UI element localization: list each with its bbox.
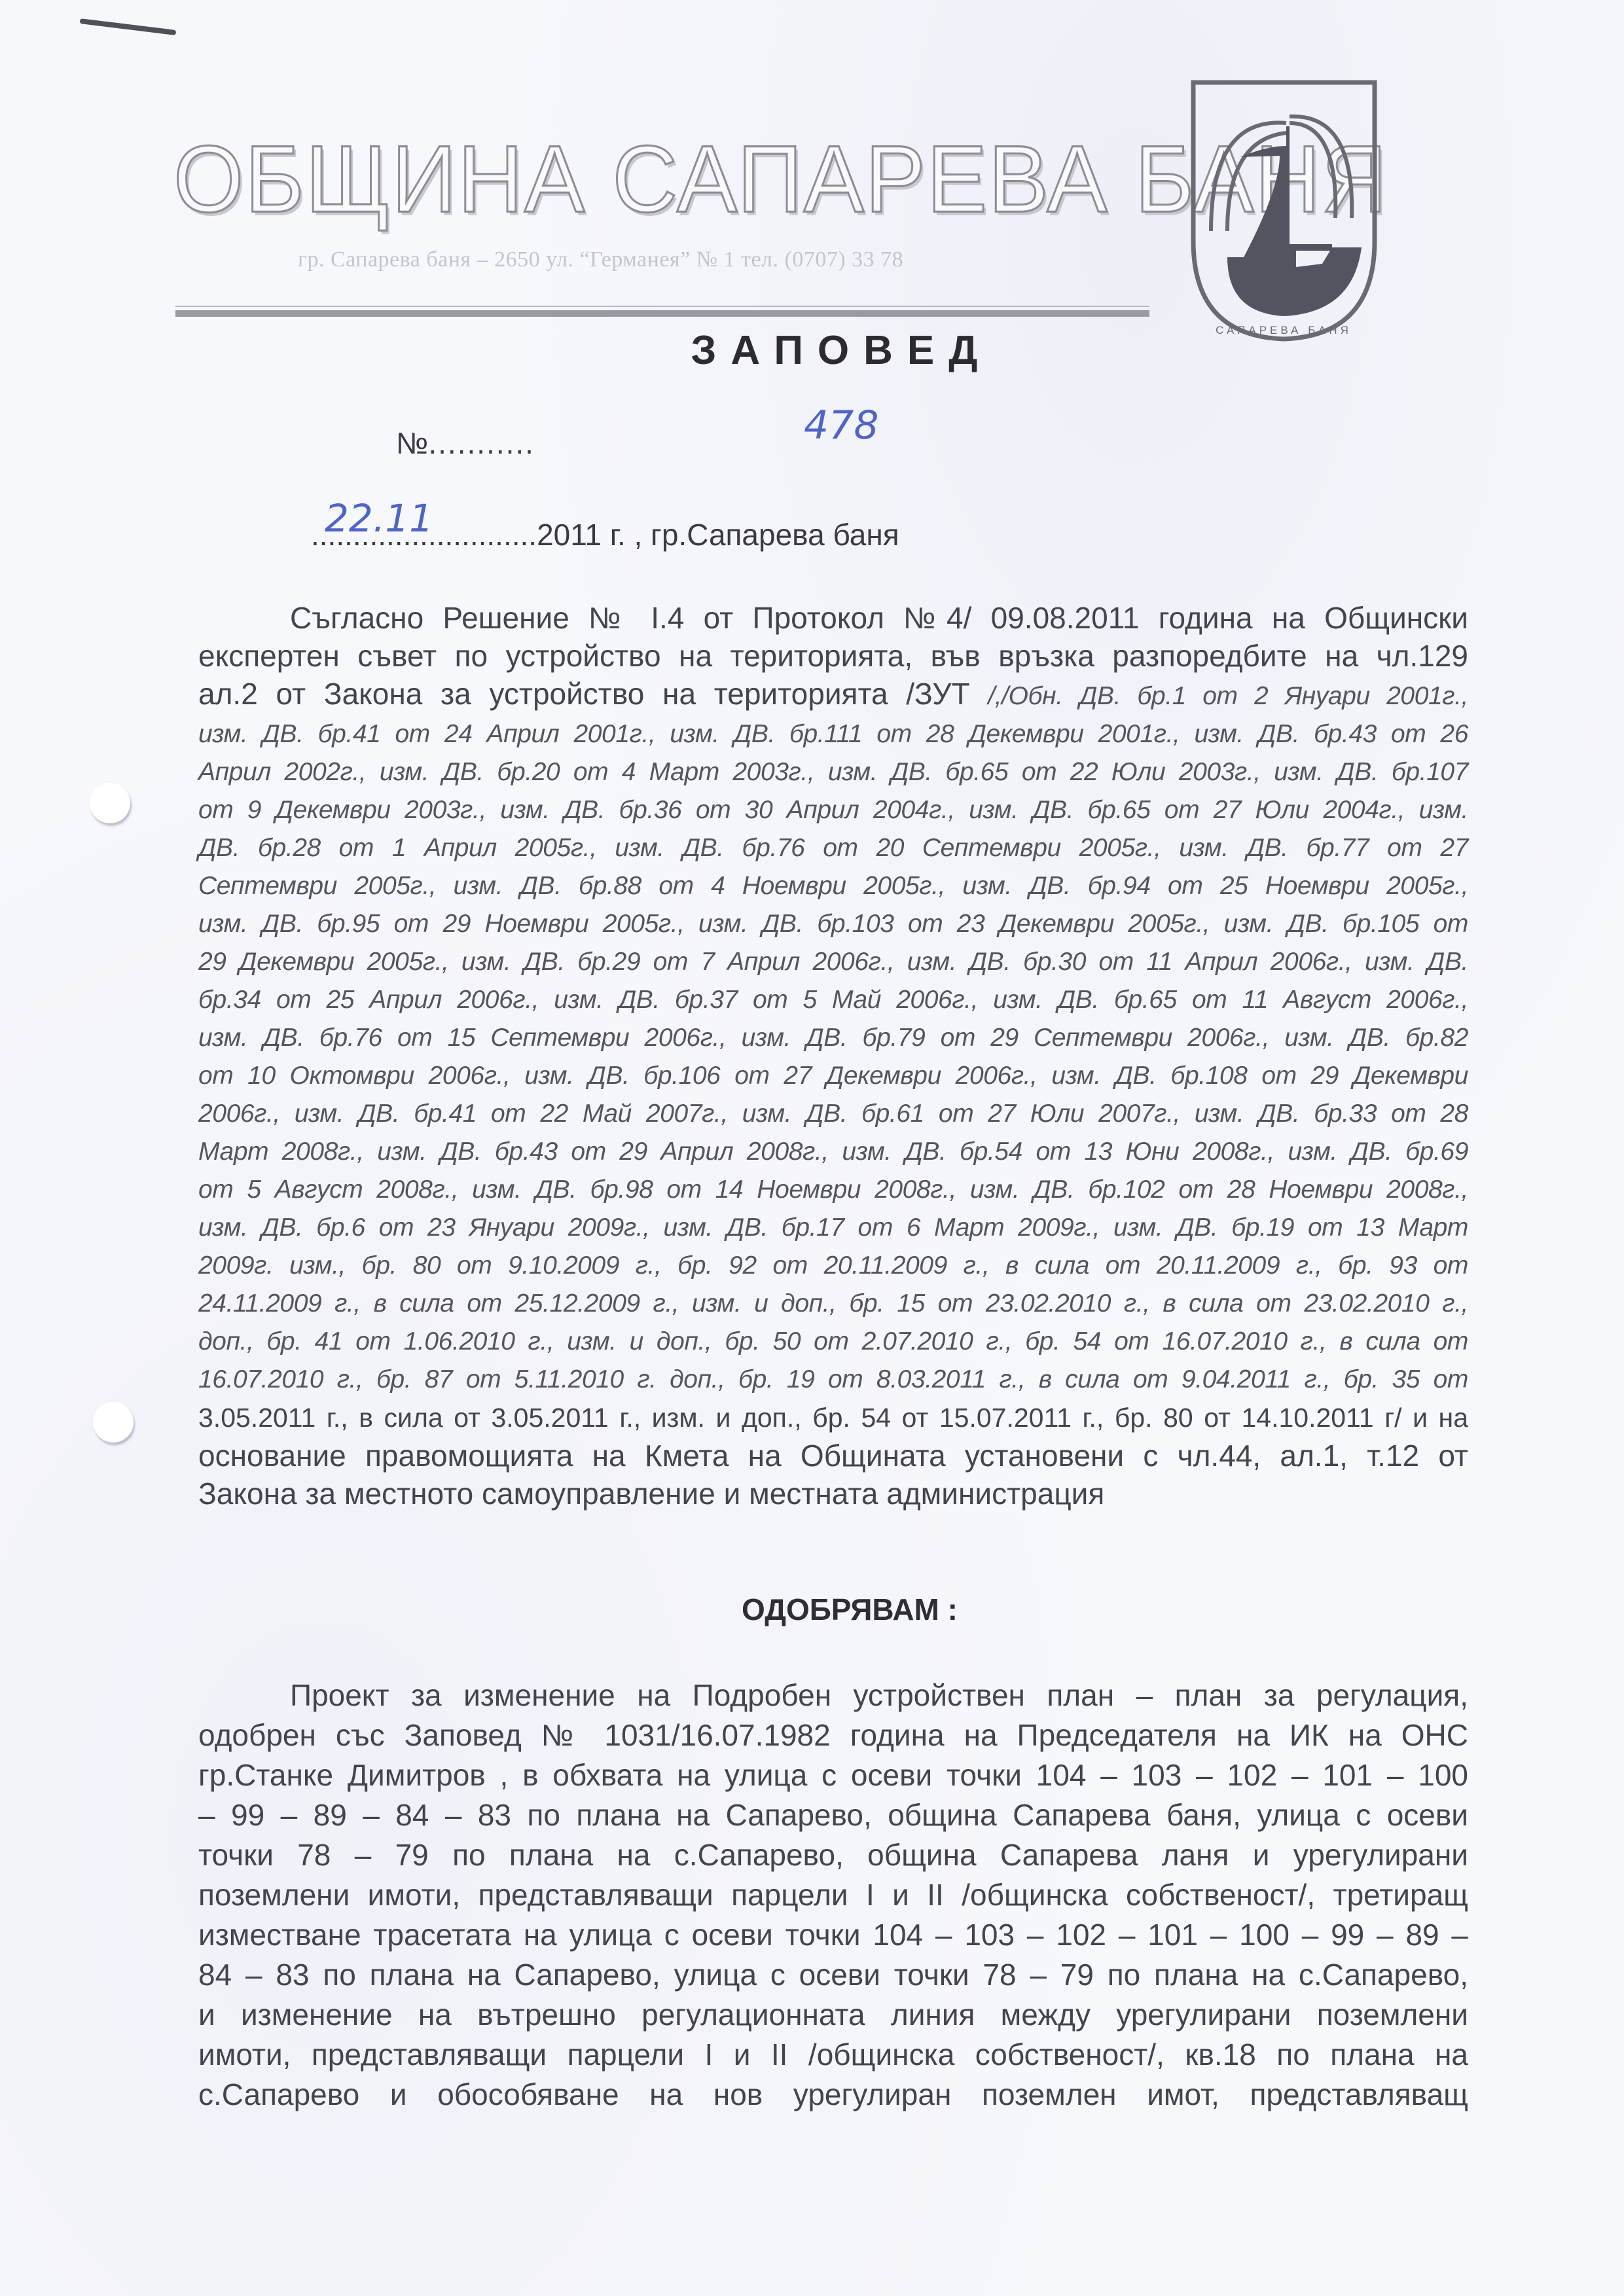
legal-ref-line: бр.34 от 25 Април 2006г., изм. ДВ. бр.37… <box>198 981 1468 1019</box>
header-divider <box>175 306 1149 307</box>
legal-ref-line: изм. ДВ. бр.41 от 24 Април 2001г., изм. … <box>198 715 1468 753</box>
approval-paragraph: Проект за изменение на Подробен устройст… <box>198 1676 1468 2115</box>
legal-ref-line: от 10 Октомври 2006г., изм. ДВ. бр.106 о… <box>198 1057 1468 1095</box>
preamble-line-1: Съгласно Решение № І.4 от Протокол №4/ 0… <box>198 599 1468 637</box>
legal-ref-line: 29 Декември 2005г., изм. ДВ. бр.29 от 7 … <box>198 943 1468 981</box>
legal-ref-line: от 9 Декември 2003г., изм. ДВ. бр.36 от … <box>198 791 1468 829</box>
legal-ref-line: доп., бр. 41 от 1.06.2010 г., изм. и доп… <box>198 1323 1468 1361</box>
approval-line: – 99 – 89 – 84 – 83 по плана на Сапарево… <box>198 1795 1468 1835</box>
legal-ref-line: ДВ. бр.28 от 1 Април 2005г., изм. ДВ. бр… <box>198 829 1468 867</box>
preamble-tail-line-3: Закона за местното самоуправление и мест… <box>198 1475 1468 1513</box>
number-label: № <box>396 425 428 461</box>
legal-ref-line: 2009г. изм., бр. 80 от 9.10.2009 г., бр.… <box>198 1247 1468 1285</box>
document-number-line: №........... <box>396 425 535 461</box>
approval-line: гр.Станке Димитров , в обхвата на улица … <box>198 1755 1468 1795</box>
approval-line: Проект за изменение на Подробен устройст… <box>198 1676 1468 1715</box>
legal-ref-line: 24.11.2009 г., в сила от 25.12.2009 г., … <box>198 1285 1468 1323</box>
legal-ref-line: изм. ДВ. бр.6 от 23 Януари 2009г., изм. … <box>198 1209 1468 1247</box>
punch-hole-bottom <box>93 1402 134 1443</box>
municipality-crest-icon: САПАРЕВА БАНЯ <box>1182 77 1384 342</box>
legal-ref-line: изм. ДВ. бр.95 от 29 Ноември 2005г., изм… <box>198 905 1468 943</box>
preamble-line-3: ал.2 от Закона за устройство на територи… <box>198 675 1468 715</box>
legal-ref-line: Април 2002г., изм. ДВ. бр.20 от 4 Март 2… <box>198 753 1468 791</box>
document-title: ЗАПОВЕД <box>0 327 1624 374</box>
municipality-name: ОБЩИНА САПАРЕВА БАНЯ <box>173 125 1142 234</box>
legal-ref-line: Март 2008г., изм. ДВ. бр.43 от 29 Април … <box>198 1133 1468 1171</box>
date-suffix: 2011 г. , гр.Сапарева баня <box>537 518 899 552</box>
document-number-handwritten: 478 <box>804 403 879 448</box>
municipality-address: гр. Сапарева баня – 2650 ул. “Германея” … <box>298 247 903 272</box>
approval-line: одобрен със Заповед № 1031/16.07.1982 го… <box>198 1715 1468 1755</box>
approval-line: имоти, представляващи парцели І и ІІ /об… <box>198 2035 1468 2075</box>
header-divider-thick <box>175 310 1149 317</box>
preamble-tail-line-2: основание правомощията на Кмета на Общин… <box>198 1437 1468 1475</box>
staple-mark <box>80 18 177 35</box>
approval-line: 84 – 83 по плана на Сапарево, улица с ос… <box>198 1955 1468 1995</box>
preamble-line-2: експертен съвет по устройство на територ… <box>198 637 1468 675</box>
preamble-tail-line-1: 3.05.2011 г., в сила от 3.05.2011 г., из… <box>198 1399 1468 1437</box>
number-dots: ........... <box>428 426 535 460</box>
punch-hole-top <box>90 783 130 823</box>
approval-line: точки 78 – 79 по плана на с.Сапарево, об… <box>198 1835 1468 1875</box>
approval-line: изместване трасетата на улица с осеви то… <box>198 1915 1468 1955</box>
legal-ref-line: изм. ДВ. бр.76 от 15 Септември 2006г., и… <box>198 1019 1468 1057</box>
preamble-paragraph: Съгласно Решение № І.4 от Протокол №4/ 0… <box>198 599 1468 1513</box>
approval-line: с.Сапарево и обособяване на нов урегулир… <box>198 2075 1468 2115</box>
legal-ref-line: от 5 Август 2008г., изм. ДВ. бр.98 от 14… <box>198 1171 1468 1209</box>
legal-ref-line: 16.07.2010 г., бр. 87 от 5.11.2010 г. до… <box>198 1361 1468 1399</box>
approval-line: и изменение на вътрешно регулационната л… <box>198 1995 1468 2035</box>
approval-line: поземлени имоти, представляващи парцели … <box>198 1875 1468 1915</box>
date-handwritten: 22.11 <box>325 496 433 541</box>
approve-heading: ОДОБРЯВАМ : <box>0 1592 1624 1627</box>
legal-ref-line: Септември 2005г., изм. ДВ. бр.88 от 4 Но… <box>198 867 1468 905</box>
legal-ref-line: 2006г., изм. ДВ. бр.41 от 22 Май 2007г.,… <box>198 1095 1468 1133</box>
